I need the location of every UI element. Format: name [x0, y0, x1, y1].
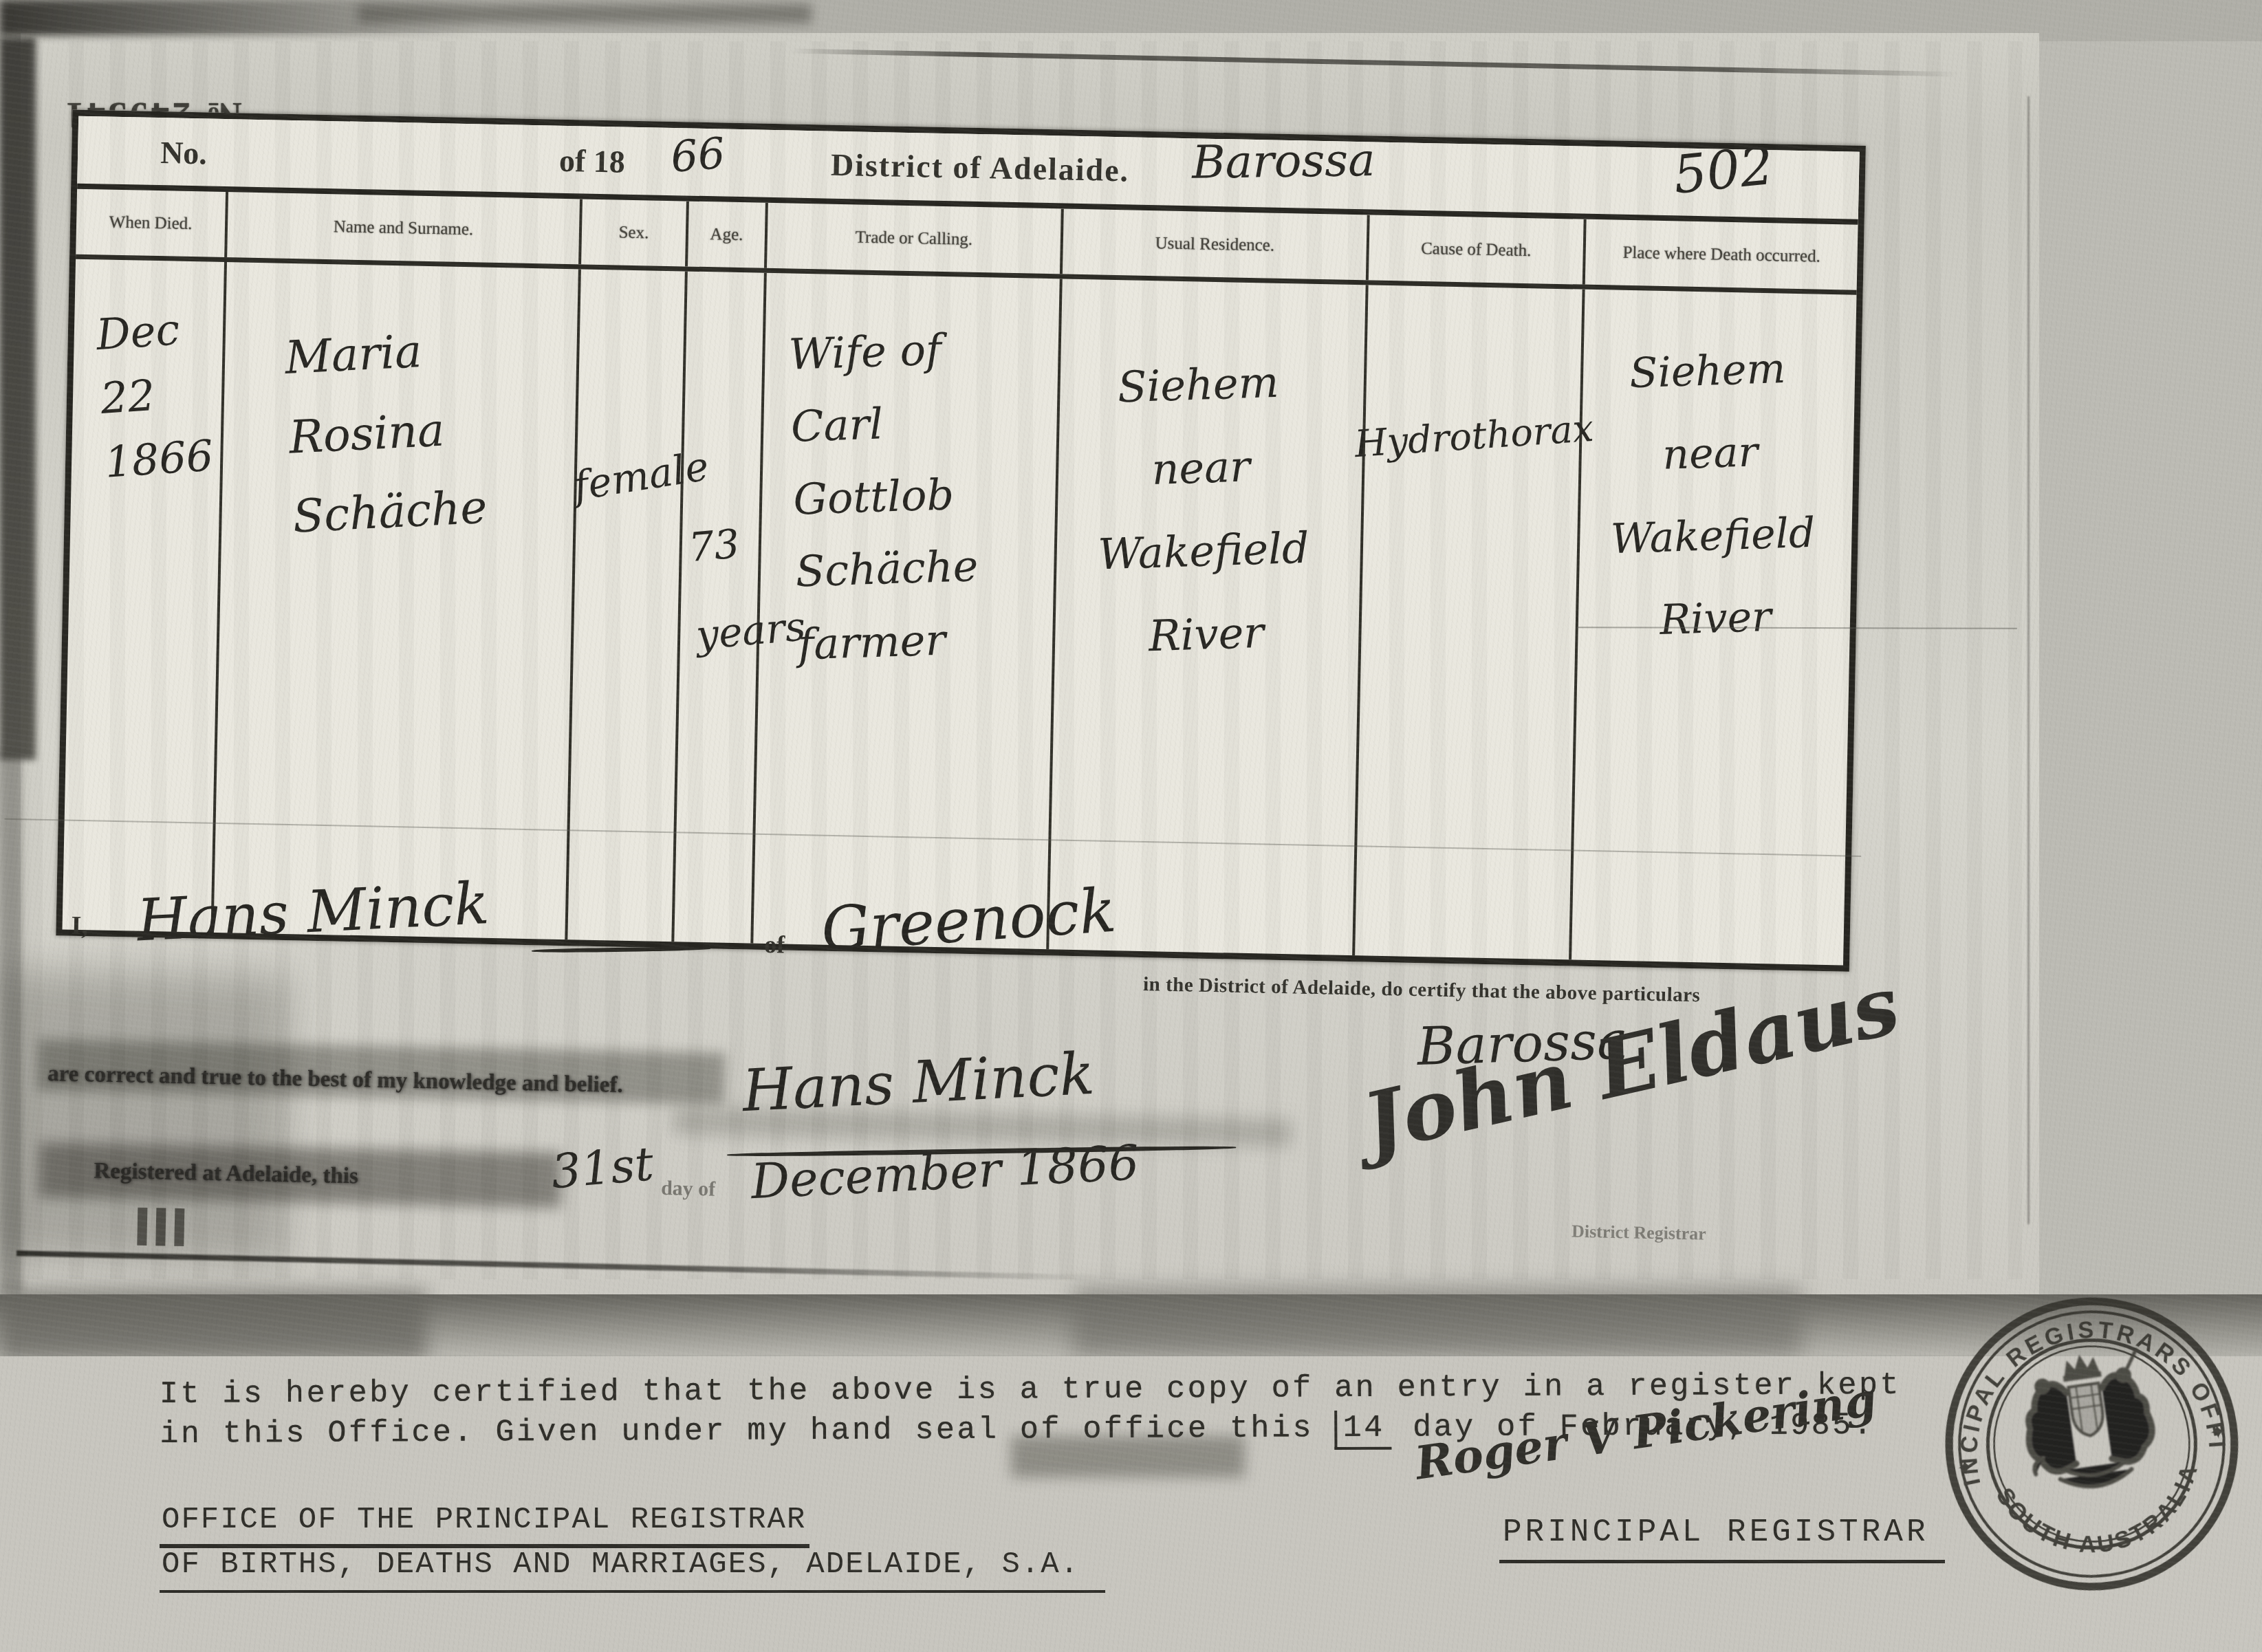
office-line2: OF BIRTHS, DEATHS AND MARRIAGES, ADELAID…	[162, 1547, 1080, 1582]
col-header-when-died: When Died.	[76, 189, 228, 257]
entry-when-died: Dec 22 1866	[94, 295, 228, 494]
cell-sex: female	[567, 269, 688, 942]
col-header-place: Place where Death occurred.	[1585, 219, 1858, 290]
col-header-trade: Trade or Calling.	[767, 203, 1064, 274]
typed-line2-prefix: in this Office. Given under my hand seal…	[160, 1411, 1334, 1452]
entry-trade: Wife of Carl Gottlob Schäche farmer	[787, 309, 1061, 680]
office-line1: OFFICE OF THE PRINCIPAL REGISTRAR	[162, 1503, 806, 1537]
cell-cause: Hydrothorax	[1355, 285, 1585, 959]
col-header-sex: Sex.	[581, 199, 689, 266]
typed-day-of-month: 14	[1334, 1411, 1391, 1450]
entry-name: Maria Rosina Schäche	[283, 309, 489, 556]
entry-cause: Hydrothorax	[1353, 406, 1595, 466]
registered-at-statement: Registered at Adelaide, this	[94, 1158, 358, 1189]
district-registrar-title: District Registrar	[1572, 1221, 1706, 1245]
informant-signature: Hans Minck	[741, 1040, 1096, 1124]
of-year-label: of 18	[559, 142, 626, 180]
i-label: I,	[71, 911, 88, 941]
coat-of-arms	[2019, 1347, 2159, 1494]
cell-age: 73 years	[674, 272, 767, 944]
pen-dash	[532, 946, 710, 953]
cell-trade: Wife of Carl Gottlob Schäche farmer	[753, 273, 1062, 949]
seal-graphic: PRINCIPAL REGISTRARS OFFICE SOUTH AUSTRA…	[1918, 1270, 2262, 1618]
seal-star-right: ✦	[2208, 1419, 2228, 1444]
day-of-label: day of	[661, 1177, 716, 1202]
principal-registrar-label: PRINCIPAL REGISTRAR	[1503, 1514, 1929, 1550]
scan-smudge-top	[358, 4, 812, 23]
no-label: No.	[160, 134, 208, 171]
registration-day-handwritten: 31st	[550, 1137, 656, 1199]
seal-star-left: ✦	[1955, 1455, 1976, 1480]
year-handwritten: 66	[668, 128, 727, 182]
office-line2-underline	[160, 1590, 1105, 1593]
col-header-age: Age.	[688, 202, 768, 268]
entry-residence: Siehem near Wakefield River	[1052, 339, 1351, 681]
col-header-cause: Cause of Death.	[1369, 215, 1587, 284]
entry-place: Siehem near Wakefield River	[1576, 325, 1847, 664]
cell-residence: Siehem near Wakefield River	[1049, 279, 1368, 955]
entry-row: Dec 22 1866 Maria Rosina Schäche female …	[62, 259, 1856, 966]
district-label: District of Adelaide.	[831, 146, 1130, 189]
register-extract: No. of 18 66 District of Adelaide. Baros…	[0, 21, 2018, 1309]
certify-statement: in the District of Adelaide, do certify …	[1143, 973, 1701, 1007]
scanned-death-certificate: № 249341 No. of 18 66 District of Adelai…	[0, 0, 2262, 1652]
page-number-handwritten: 502	[1671, 135, 1776, 206]
principal-registrar-underline	[1499, 1560, 1945, 1563]
col-header-name: Name and Surname.	[227, 192, 583, 264]
official-seal: PRINCIPAL REGISTRARS OFFICE SOUTH AUSTRA…	[1918, 1270, 2262, 1618]
scan-junction-shadow-left	[0, 1290, 426, 1359]
col-header-residence: Usual Residence.	[1063, 208, 1370, 280]
binding-marks	[137, 1208, 193, 1250]
cell-when-died: Dec 22 1866	[62, 259, 227, 933]
register-table: No. of 18 66 District of Adelaide. Baros…	[56, 110, 1866, 972]
district-handwritten: Barossa	[1192, 133, 1375, 189]
of-label: of	[764, 930, 785, 959]
cell-name: Maria Rosina Schäche	[213, 262, 580, 939]
scan-junction-shadow-right	[1073, 1287, 1802, 1355]
registration-month-year-handwritten: December 1866	[750, 1134, 1140, 1210]
sheet-right-crease	[2027, 96, 2030, 1224]
